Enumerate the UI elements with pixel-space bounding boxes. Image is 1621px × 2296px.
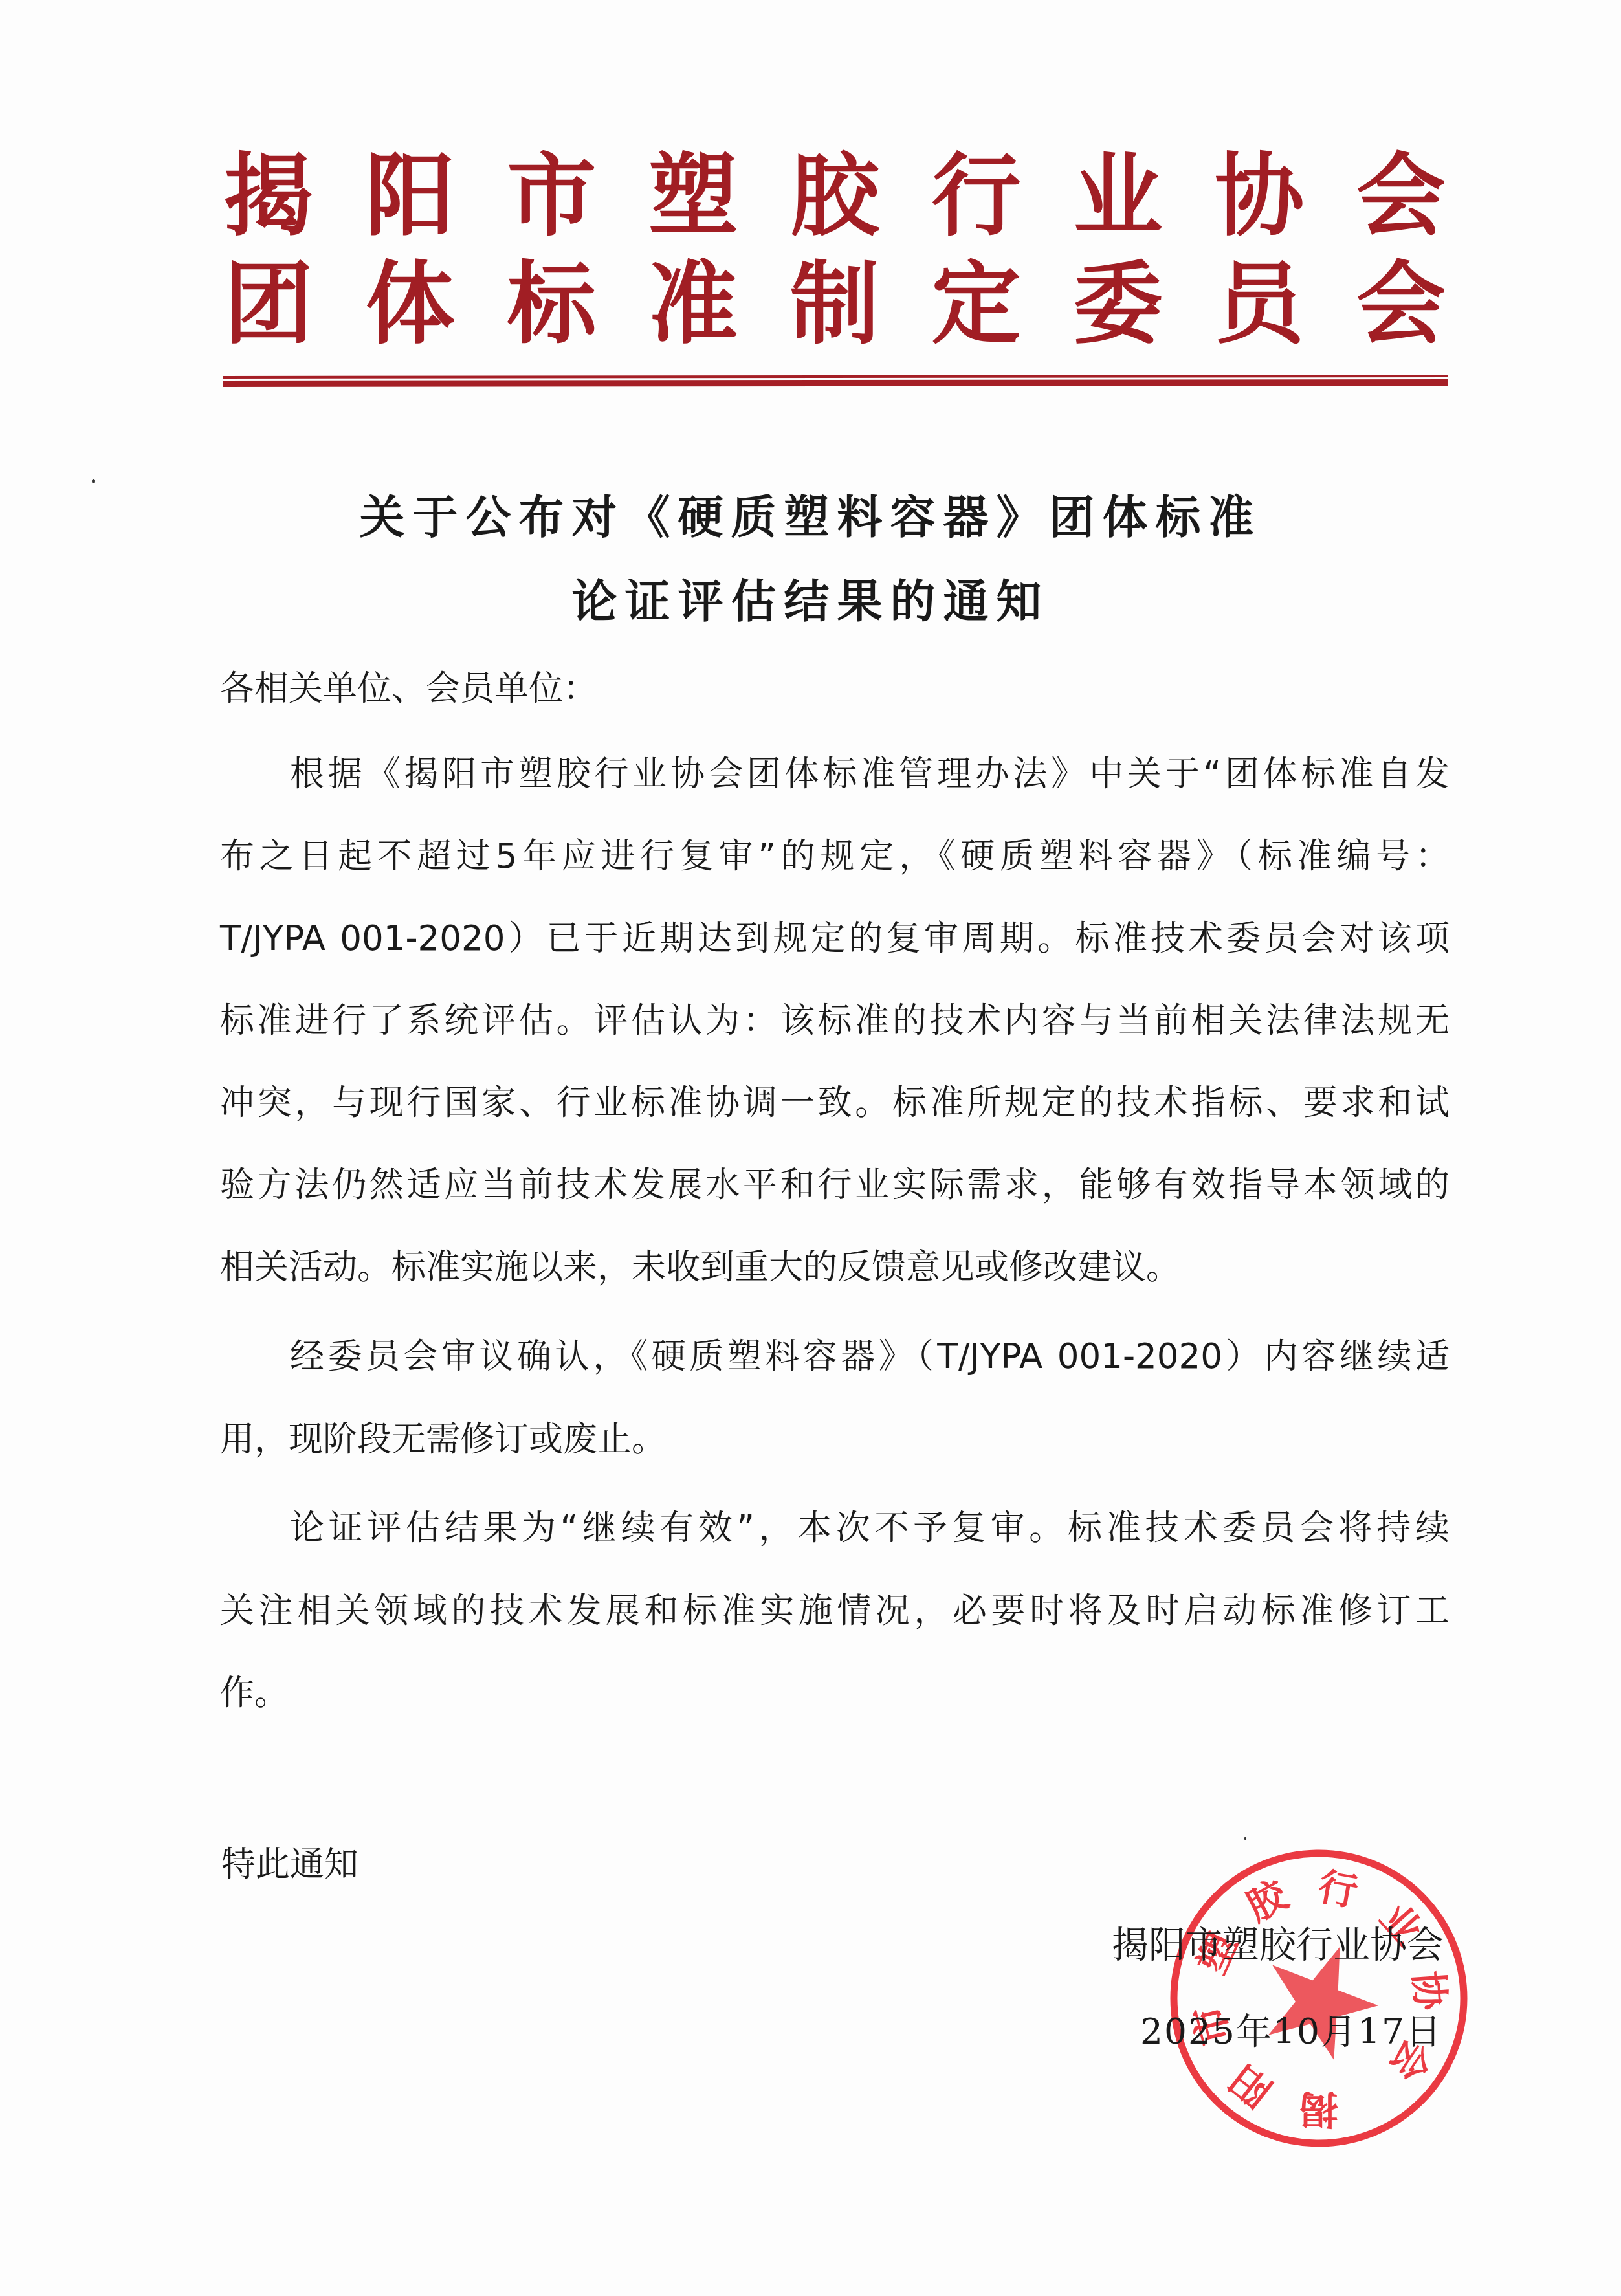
document-title-line-2: 论证评估结果的通知 xyxy=(0,579,1621,624)
seal-char: 行 xyxy=(1315,1864,1361,1915)
seal-char: 阳 xyxy=(1222,2055,1280,2115)
letterhead-char: 员 xyxy=(1214,259,1305,349)
seal-char: 胶 xyxy=(1239,1871,1296,1930)
paragraph-line: 作。 xyxy=(220,1676,1450,1710)
letterhead-rule-thick xyxy=(223,379,1448,387)
letterhead-char: 阳 xyxy=(365,151,456,241)
seal-char: 协 xyxy=(1405,1970,1453,2013)
letterhead-char: 团 xyxy=(223,259,314,349)
paragraph-line: T/JYPA 001-2020）已于近期达到规定的复审周期。标准技术委员会对该项 xyxy=(220,922,1450,956)
letterhead-line-2: 团 体 标 准 制 定 委 员 会 xyxy=(223,262,1446,346)
letterhead-line-1: 揭 阳 市 塑 胶 行 业 协 会 xyxy=(223,154,1446,238)
letterhead-char: 体 xyxy=(365,259,456,349)
scan-speck xyxy=(92,479,95,483)
letterhead-char: 塑 xyxy=(648,151,738,241)
paragraph-line: 相关活动。标准实施以来，未收到重大的反馈意见或修改建议。 xyxy=(220,1250,1450,1285)
salutation: 各相关单位、会员单位： xyxy=(220,672,1450,706)
paragraph-line: 用，现阶段无需修订或废止。 xyxy=(220,1422,1450,1457)
paragraph-line: 关注相关领域的技术发展和标准实施情况，必要时将及时启动标准修订工 xyxy=(220,1594,1450,1628)
letterhead-char: 准 xyxy=(648,259,738,349)
scan-speck xyxy=(1244,1837,1246,1840)
letterhead-char: 揭 xyxy=(223,151,314,241)
letterhead-char: 会 xyxy=(1356,151,1446,241)
letterhead-char: 市 xyxy=(507,151,597,241)
paragraph-line: 冲突，与现行国家、行业标准协调一致。标准所规定的技术指标、要求和试 xyxy=(220,1086,1450,1120)
official-seal: 揭 阳 市 塑 胶 行 业 协 会 xyxy=(1169,1848,1469,2148)
letterhead-char: 定 xyxy=(931,259,1022,349)
paragraph-line: 经委员会审议确认，《硬质塑料容器》（T/JYPA 001-2020）内容继续适 xyxy=(290,1340,1450,1374)
signature-organization: 揭阳市塑胶行业协会 xyxy=(1112,1927,1444,1964)
letterhead-char: 行 xyxy=(931,151,1022,241)
paragraph-line: 论证评估结果为“继续有效”，本次不予复审。标准技术委员会将持续 xyxy=(290,1511,1450,1545)
seal-char: 揭 xyxy=(1299,2086,1338,2131)
paragraph-line: 根据《揭阳市塑胶行业协会团体标准管理办法》中关于“团体标准自发 xyxy=(290,757,1450,791)
scan-speck xyxy=(1152,1948,1154,1950)
signature-date: 2025年10月17日 xyxy=(1140,2014,1442,2049)
letterhead-char: 胶 xyxy=(789,151,880,241)
paragraph-line: 布之日起不超过5年应进行复审”的规定，《硬质塑料容器》（标准编号： xyxy=(220,839,1450,874)
letterhead-char: 制 xyxy=(789,259,880,349)
letterhead-char: 会 xyxy=(1356,259,1446,349)
letterhead-char: 委 xyxy=(1073,259,1163,349)
letterhead-char: 标 xyxy=(507,259,597,349)
letterhead-rule-thin xyxy=(223,375,1448,379)
letterhead-char: 协 xyxy=(1214,151,1305,241)
letterhead-char: 业 xyxy=(1073,151,1163,241)
document-title-line-1: 关于公布对《硬质塑料容器》团体标准 xyxy=(0,495,1621,540)
paragraph-line: 标准进行了系统评估。评估认为：该标准的技术内容与当前相关法律法规无 xyxy=(220,1004,1450,1038)
closing-text: 特此通知 xyxy=(221,1848,358,1882)
paragraph-line: 验方法仍然适应当前技术发展水平和行业实际需求，能够有效指导本领域的 xyxy=(220,1168,1450,1202)
